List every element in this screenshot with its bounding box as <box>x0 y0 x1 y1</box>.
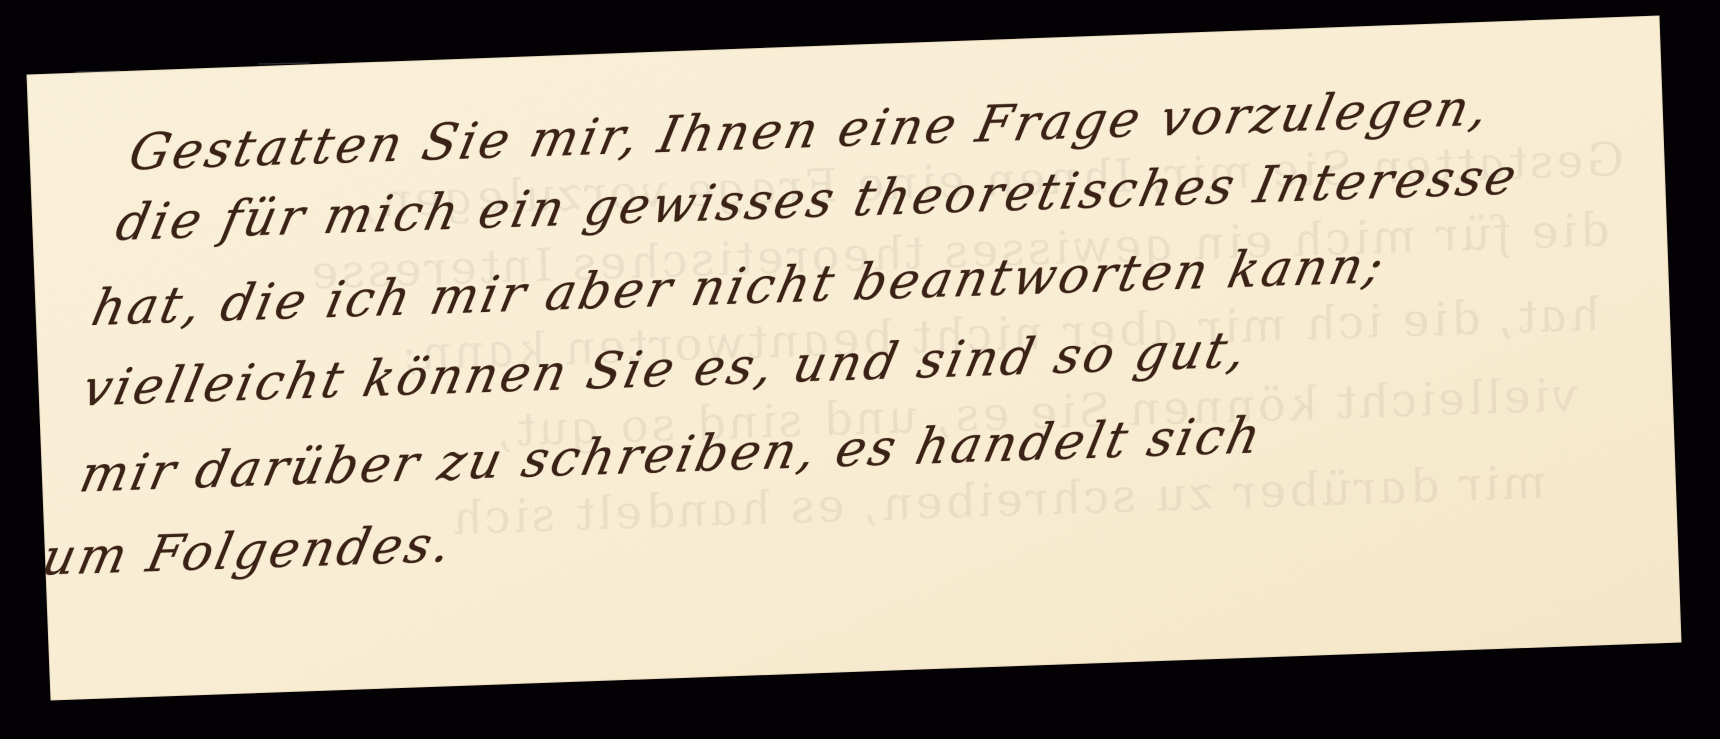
handwritten-line-6: um Folgendes. <box>38 519 458 583</box>
